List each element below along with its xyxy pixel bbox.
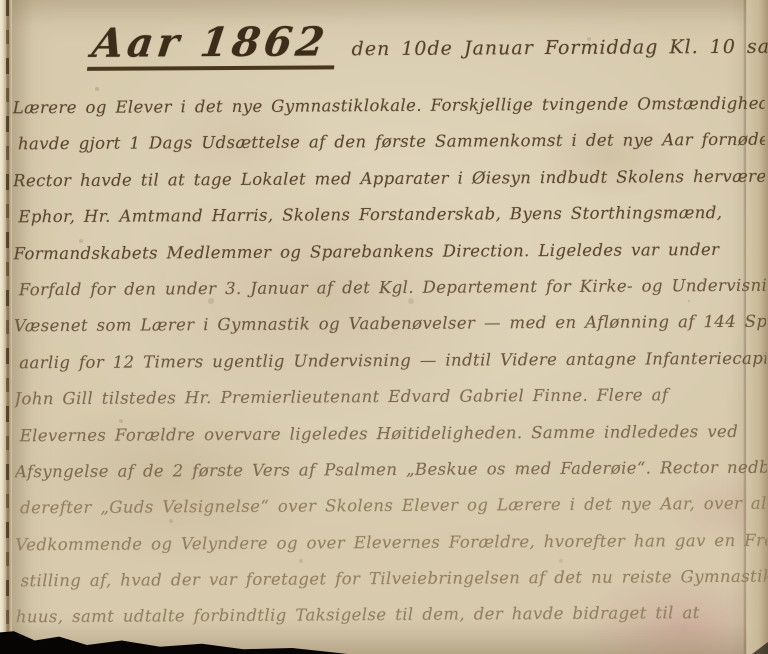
entry-heading: Aar 1862den 10de Januar Formiddag Kl. 10… xyxy=(12,6,764,91)
manuscript-line: stilling af, hvad der var foretaget for … xyxy=(15,559,767,600)
manuscript-line: Afsyngelse af de 2 første Vers af Psalme… xyxy=(15,450,767,491)
manuscript-line: aarlig for 12 Timers ugentlig Undervisni… xyxy=(14,340,766,381)
manuscript-line: Ephor, Hr. Amtmand Harris, Skolens Forst… xyxy=(13,195,765,236)
manuscript-line: Formandskabets Medlemmer og Sparebankens… xyxy=(13,231,765,272)
heading-date-text: den 10de Januar Formiddag Kl. 10 samlede… xyxy=(352,35,768,61)
year-heading: Aar 1862 xyxy=(87,18,341,71)
manuscript-text: Aar 1862den 10de Januar Formiddag Kl. 10… xyxy=(12,6,768,636)
manuscript-line: Vedkommende og Velyndere og over Elevern… xyxy=(15,522,767,563)
manuscript-line: Lærere og Elever i det nye Gymnastikloka… xyxy=(13,86,765,127)
manuscript-line: Rector havde til at tage Lokalet med App… xyxy=(13,158,765,199)
manuscript-line: Væsenet som Lærer i Gymnastik og Vaabenø… xyxy=(14,304,766,345)
manuscript-line: huus, samt udtalte forbindtlig Taksigels… xyxy=(16,595,768,636)
manuscript-line: John Gill tilstedes Hr. Premierlieutenan… xyxy=(14,377,766,418)
binding-shadow-line xyxy=(6,0,9,654)
scanned-manuscript-page: Aar 1862den 10de Januar Formiddag Kl. 10… xyxy=(0,0,768,654)
manuscript-line: derefter „Guds Velsignelse“ over Skolens… xyxy=(15,486,767,527)
manuscript-line: Elevernes Forældre overvare ligeledes Hø… xyxy=(15,413,767,454)
manuscript-line: Forfald for den under 3. Januar af det K… xyxy=(14,268,766,309)
manuscript-line: havde gjort 1 Dags Udsættelse af den før… xyxy=(13,122,765,163)
